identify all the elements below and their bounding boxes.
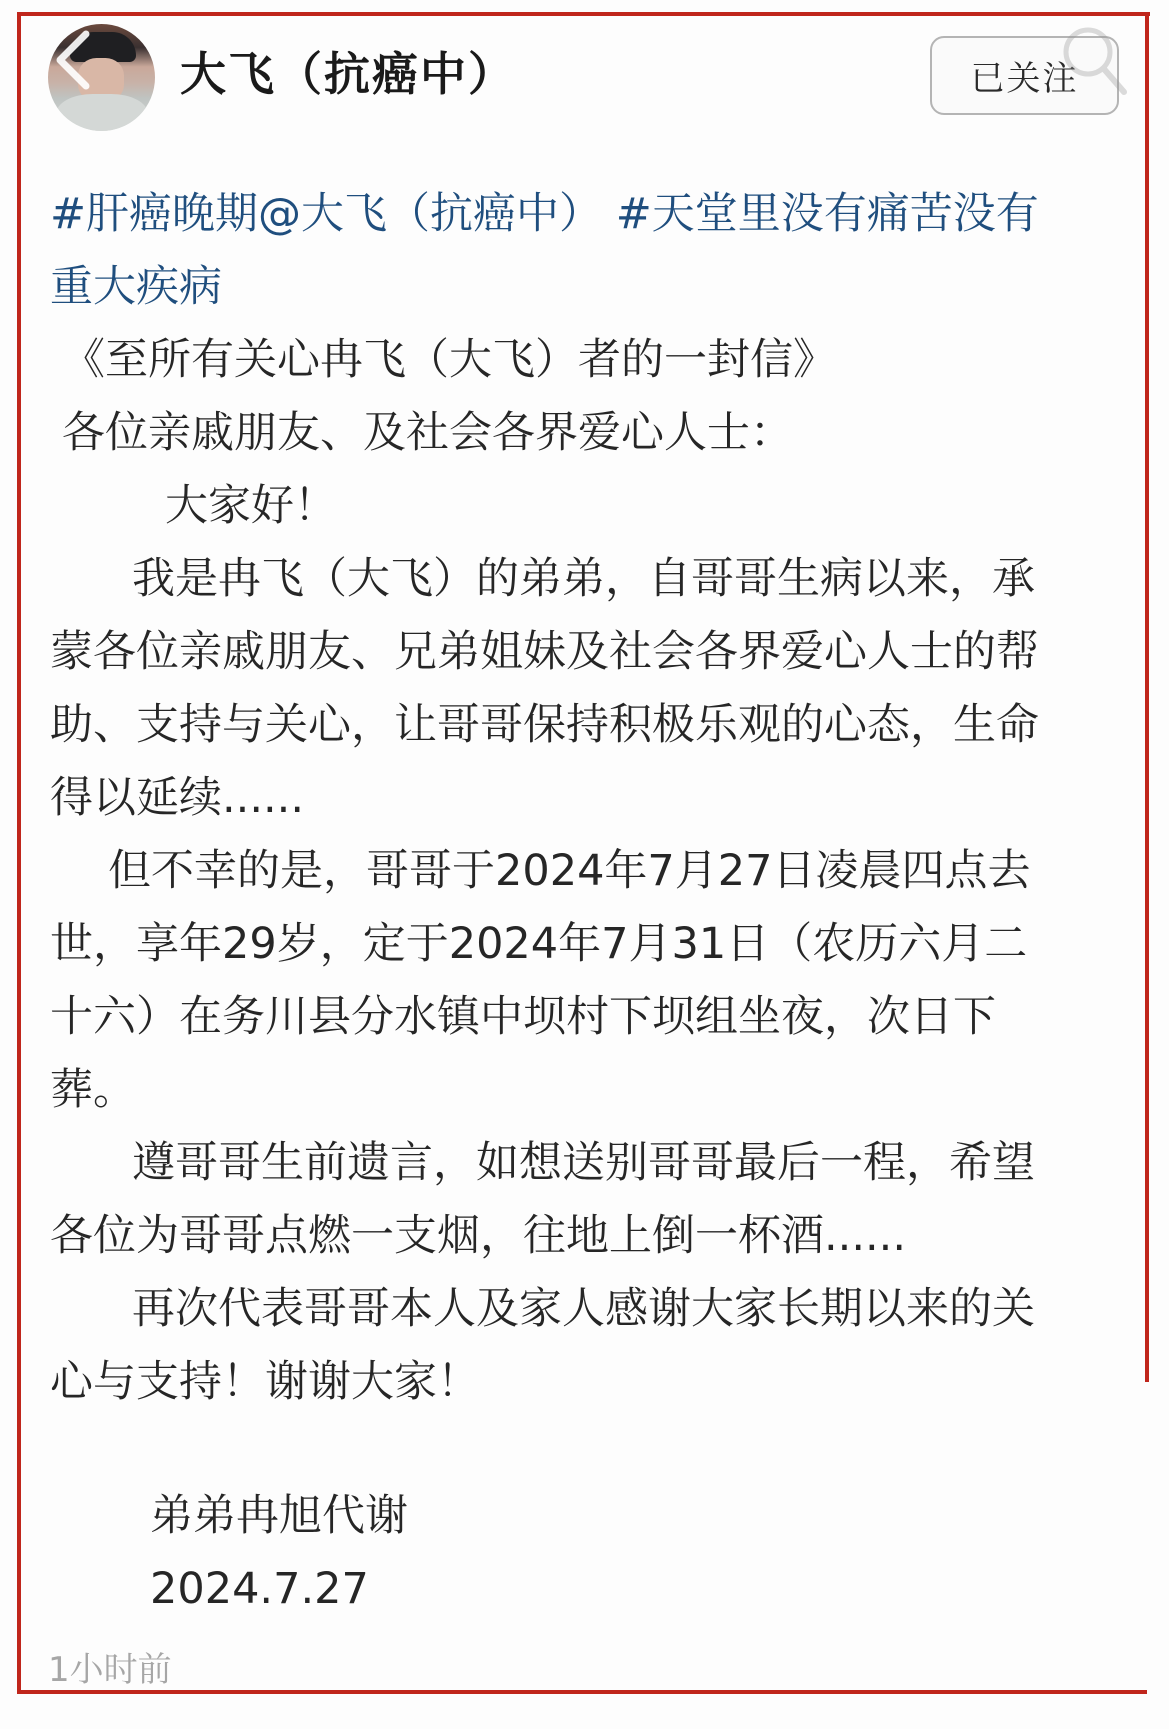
letter-signature-block: 弟弟冉旭代谢 2024.7.27: [150, 1480, 408, 1626]
letter-line: 再次代表哥哥本人及家人感谢大家长期以来的关: [50, 1273, 1110, 1346]
letter-date: 2024.7.27: [150, 1553, 408, 1626]
letter-title: 《至所有关心冉飞（大飞）者的一封信》: [50, 324, 1110, 397]
highlight-frame-right: [1145, 12, 1149, 1382]
letter-line: 遵哥哥生前遗言，如想送别哥哥最后一程，希望: [50, 1127, 1110, 1200]
avatar-hood: [56, 94, 148, 131]
letter-line: 葬。: [50, 1054, 1110, 1127]
letter-line: 我是冉飞（大飞）的弟弟，自哥哥生病以来，承: [50, 543, 1110, 616]
letter-line: 各位为哥哥点燃一支烟，往地上倒一杯酒......: [50, 1200, 1110, 1273]
user-name[interactable]: 大飞（抗癌中）: [180, 44, 516, 104]
letter-line: 得以延续......: [50, 762, 1110, 835]
highlight-frame-bottom: [17, 1690, 1147, 1694]
highlight-frame-left: [17, 12, 21, 1694]
letter-greeting: 大家好！: [50, 470, 1110, 543]
letter-line: 助、支持与关心，让哥哥保持积极乐观的心态，生命: [50, 689, 1110, 762]
letter-line: 世，享年29岁，定于2024年7月31日（农历六月二: [50, 908, 1110, 981]
letter-line: 心与支持！谢谢大家！: [50, 1346, 1110, 1419]
hashtag-line[interactable]: #肝癌晚期@大飞（抗癌中） #天堂里没有痛苦没有: [50, 178, 1110, 251]
post-timestamp: 1小时前: [48, 1648, 172, 1692]
post-body: #肝癌晚期@大飞（抗癌中） #天堂里没有痛苦没有 重大疾病 《至所有关心冉飞（大…: [50, 178, 1110, 1419]
letter-line: 十六）在务川县分水镇中坝村下坝组坐夜，次日下: [50, 981, 1110, 1054]
hashtag-line[interactable]: 重大疾病: [50, 251, 1110, 324]
letter-line: 但不幸的是，哥哥于2024年7月27日凌晨四点去: [50, 835, 1110, 908]
back-chevron-icon[interactable]: [52, 30, 102, 90]
highlight-frame-top: [17, 12, 1150, 16]
letter-signature: 弟弟冉旭代谢: [150, 1480, 408, 1553]
letter-salutation: 各位亲戚朋友、及社会各界爱心人士：: [50, 397, 1110, 470]
search-icon[interactable]: [1058, 22, 1128, 97]
letter-line: 蒙各位亲戚朋友、兄弟姐妹及社会各界爱心人士的帮: [50, 616, 1110, 689]
